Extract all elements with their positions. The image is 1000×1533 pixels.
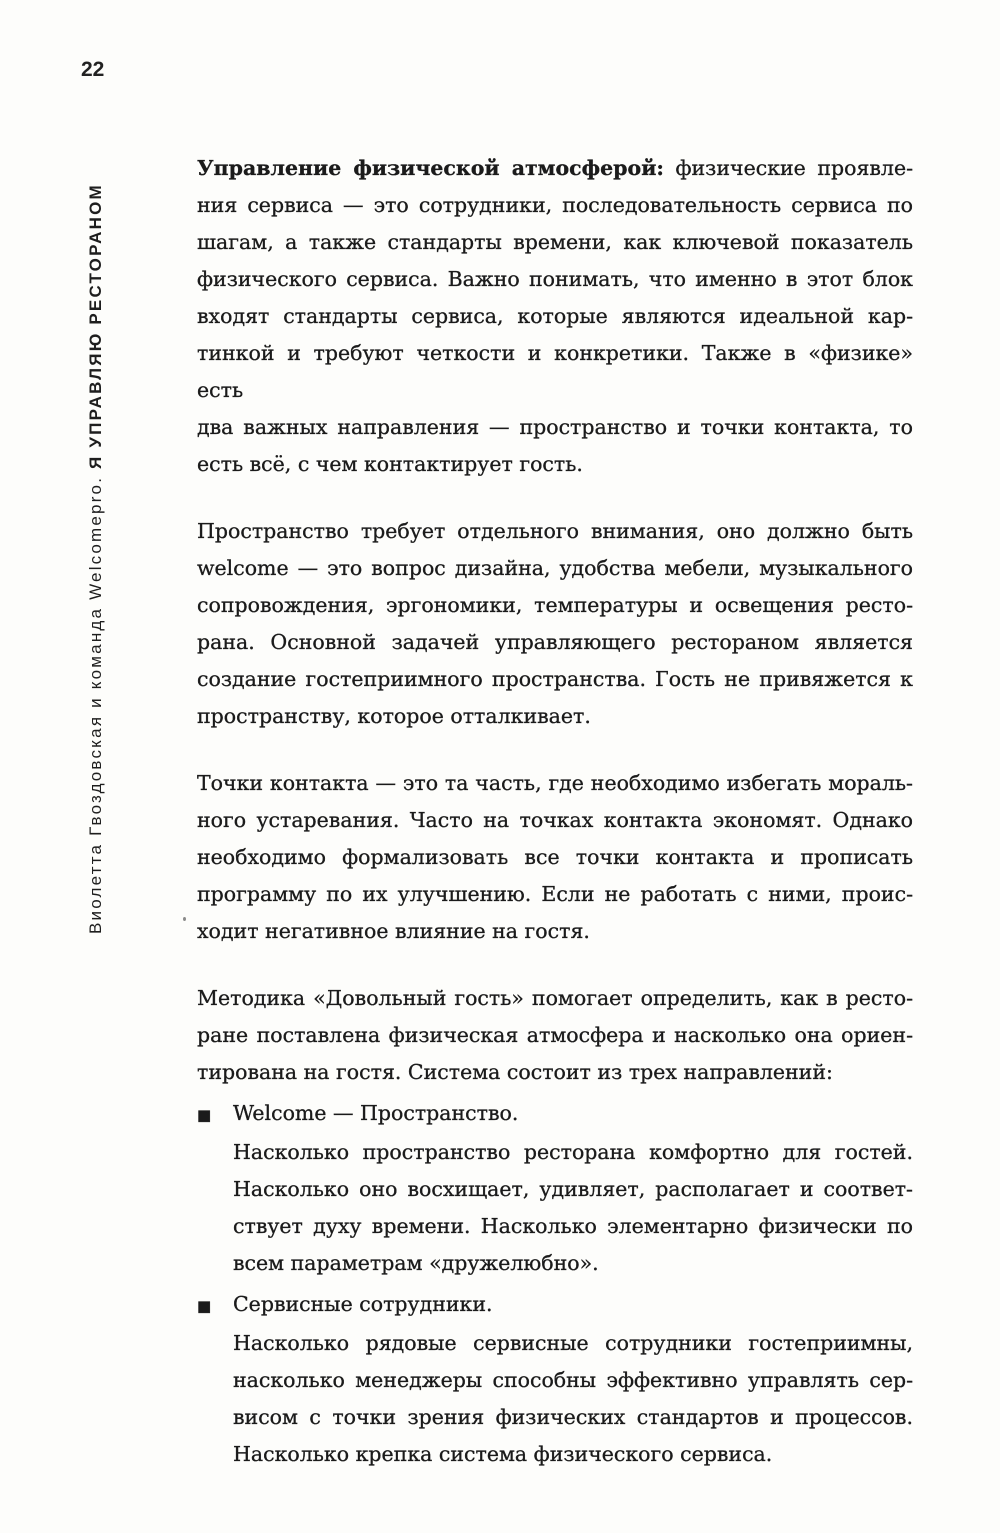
book-page: 22 Виолетта Гвоздовская и команда Welcom… <box>0 0 1000 1533</box>
text-line: Насколько рядовые сервисные сотрудники г… <box>233 1325 913 1362</box>
text-line: ствует духу времени. Насколько элементар… <box>233 1208 913 1245</box>
text-line: насколько менеджеры способны эффективно … <box>233 1362 913 1399</box>
text-line: тирована на гостя. Система состоит из тр… <box>197 1054 913 1091</box>
text-line: Управление физической атмосферой: физиче… <box>197 150 913 187</box>
paragraph: Точки контакта — это та часть, где необх… <box>197 765 913 950</box>
bullet-item: ■Сервисные сотрудники. <box>197 1286 913 1325</box>
text-line: физического сервиса. Важно понимать, что… <box>197 261 913 298</box>
text-line: рана. Основной задачей управляющего рест… <box>197 624 913 661</box>
bullet-label: Сервисные сотрудники. <box>233 1286 913 1323</box>
text-line: Насколько оно восхищает, удивляет, распо… <box>233 1171 913 1208</box>
text-line: Методика «Довольный гость» помогает опре… <box>197 980 913 1017</box>
text-line: ране поставлена физическая атмосфера и н… <box>197 1017 913 1054</box>
text-line: ного устаревания. Часто на точках контак… <box>197 802 913 839</box>
text-line: ния сервиса — это сотрудники, последоват… <box>197 187 913 224</box>
text-line: создание гостеприимного пространства. Го… <box>197 661 913 698</box>
text-line: Насколько пространство ресторана комфорт… <box>233 1134 913 1171</box>
text-line: сопровождения, эргономики, температуры и… <box>197 587 913 624</box>
text-line: два важных направления — пространство и … <box>197 409 913 446</box>
spine-author-text: Виолетта Гвоздовская и команда Welcomepr… <box>86 469 105 934</box>
bullet-item: ■Welcome — Пространство. <box>197 1095 913 1134</box>
page-text-column: Управление физической атмосферой: физиче… <box>197 150 913 1473</box>
text-line: всем параметрам «дружелюбно». <box>233 1245 913 1282</box>
spine-credit: Виолетта Гвоздовская и команда Welcomepr… <box>86 183 106 934</box>
text-line: висом с точки зрения физических стандарт… <box>233 1399 913 1436</box>
bullet-label: Welcome — Пространство. <box>233 1095 913 1132</box>
bullet-square-icon: ■ <box>197 1097 233 1134</box>
bullet-body-paragraph: Насколько рядовые сервисные сотрудники г… <box>233 1325 913 1473</box>
text-line: Точки контакта — это та часть, где необх… <box>197 765 913 802</box>
scan-artifact-dot <box>183 917 186 921</box>
paragraph: Управление физической атмосферой: физиче… <box>197 150 913 483</box>
bullet-square-icon: ■ <box>197 1288 233 1325</box>
page-number: 22 <box>81 58 104 82</box>
text-line: входят стандарты сервиса, которые являют… <box>197 298 913 335</box>
text-line: welcome — это вопрос дизайна, удобства м… <box>197 550 913 587</box>
paragraph-lead-bold: Управление физической атмосферой: <box>197 156 664 180</box>
paragraph: Пространство требует отдельного внимания… <box>197 513 913 735</box>
text-line: Пространство требует отдельного внимания… <box>197 513 913 550</box>
text-line: шагам, а также стандарты времени, как кл… <box>197 224 913 261</box>
text-line: есть всё, с чем контактирует гость. <box>197 446 913 483</box>
spine-book-title: Я УПРАВЛЯЮ РЕСТОРАНОМ <box>86 183 105 469</box>
text-line: тинкой и требуют четкости и конкретики. … <box>197 335 913 409</box>
text-line: необходимо формализовать все точки конта… <box>197 839 913 876</box>
text-line: Насколько крепка система физического сер… <box>233 1436 913 1473</box>
paragraph: Методика «Довольный гость» помогает опре… <box>197 980 913 1091</box>
text-line: программу по их улучшению. Если не работ… <box>197 876 913 913</box>
bullet-body-paragraph: Насколько пространство ресторана комфорт… <box>233 1134 913 1282</box>
text-line: пространству, которое отталкивает. <box>197 698 913 735</box>
text-line: ходит негативное влияние на гостя. <box>197 913 913 950</box>
